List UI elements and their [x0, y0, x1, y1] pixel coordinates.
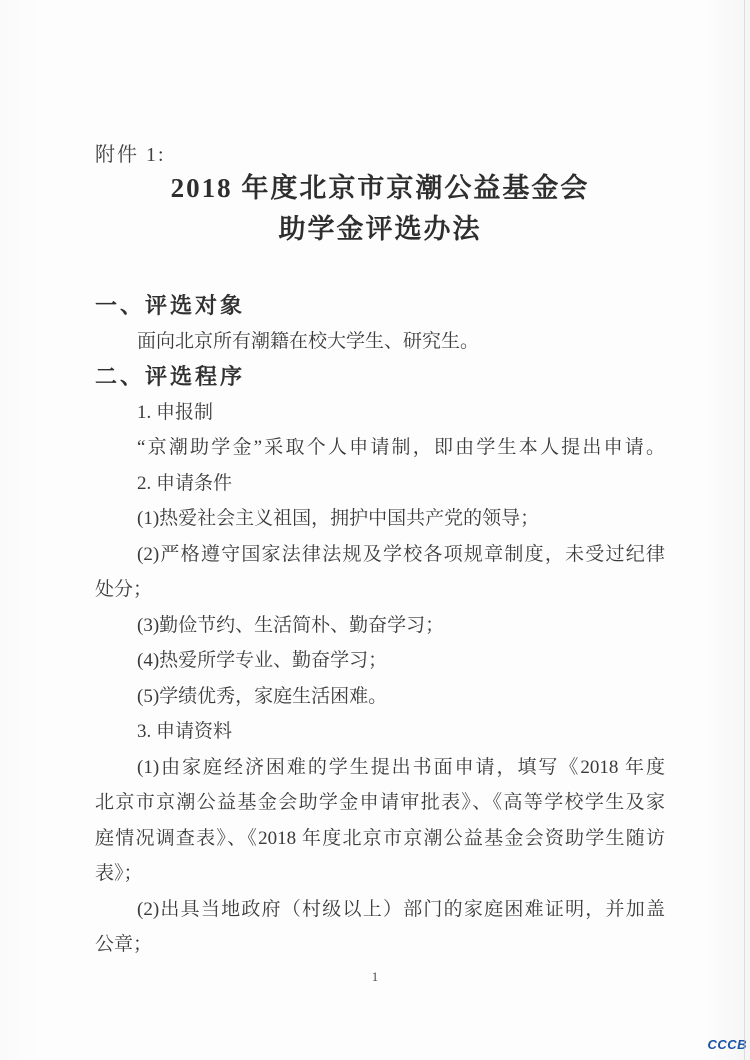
list-item: (3)勤俭节约、生活简朴、勤奋学习； — [95, 608, 665, 644]
body-line: “京潮助学金”采取个人申请制，即由学生本人提出申请。 — [95, 430, 665, 466]
list-item: (1)热爱社会主义祖国，拥护中国共产党的领导； — [95, 501, 665, 537]
sub-heading: 2. 申请条件 — [95, 466, 665, 502]
list-item: (2)严格遵守国家法律法规及学校各项规章制度，未受过纪律 — [95, 537, 665, 573]
list-item-cont: 处分； — [95, 572, 665, 608]
scanned-document-page: 附件 1: 2018 年度北京市京潮公益基金会 助学金评选办法 一、评选对象 面… — [0, 0, 750, 1060]
attachment-label: 附件 1: — [95, 143, 665, 167]
cccb-logo: CCCB — [707, 1037, 747, 1052]
doc-title-line2: 助学金评选办法 — [95, 209, 665, 249]
section-heading-1: 一、评选对象 — [95, 288, 665, 324]
page-number: 1 — [0, 969, 750, 985]
list-item-cont: 公章； — [95, 927, 665, 963]
body-line: 面向北京所有潮籍在校大学生、研究生。 — [95, 324, 665, 360]
list-item-cont: 北京市京潮公益基金会助学金申请审批表》、《高等学校学生及家 — [95, 785, 665, 821]
list-item-cont: 表》； — [95, 856, 665, 892]
doc-title-line1: 2018 年度北京市京潮公益基金会 — [95, 168, 665, 208]
section-heading-2: 二、评选程序 — [95, 359, 665, 395]
list-item-cont: 庭情况调查表》、《2018 年度北京市京潮公益基金会资助学生随访 — [95, 821, 665, 857]
document-content: 附件 1: 2018 年度北京市京潮公益基金会 助学金评选办法 一、评选对象 面… — [95, 143, 665, 963]
sub-heading: 3. 申请资料 — [95, 714, 665, 750]
sub-heading: 1. 申报制 — [95, 395, 665, 431]
list-item: (2)出具当地政府（村级以上）部门的家庭困难证明，并加盖 — [95, 892, 665, 928]
document-body: 一、评选对象 面向北京所有潮籍在校大学生、研究生。 二、评选程序 1. 申报制 … — [95, 288, 665, 963]
list-item: (1)由家庭经济困难的学生提出书面申请，填写《2018 年度 — [95, 750, 665, 786]
list-item: (5)学绩优秀，家庭生活困难。 — [95, 679, 665, 715]
list-item: (4)热爱所学专业、勤奋学习； — [95, 643, 665, 679]
